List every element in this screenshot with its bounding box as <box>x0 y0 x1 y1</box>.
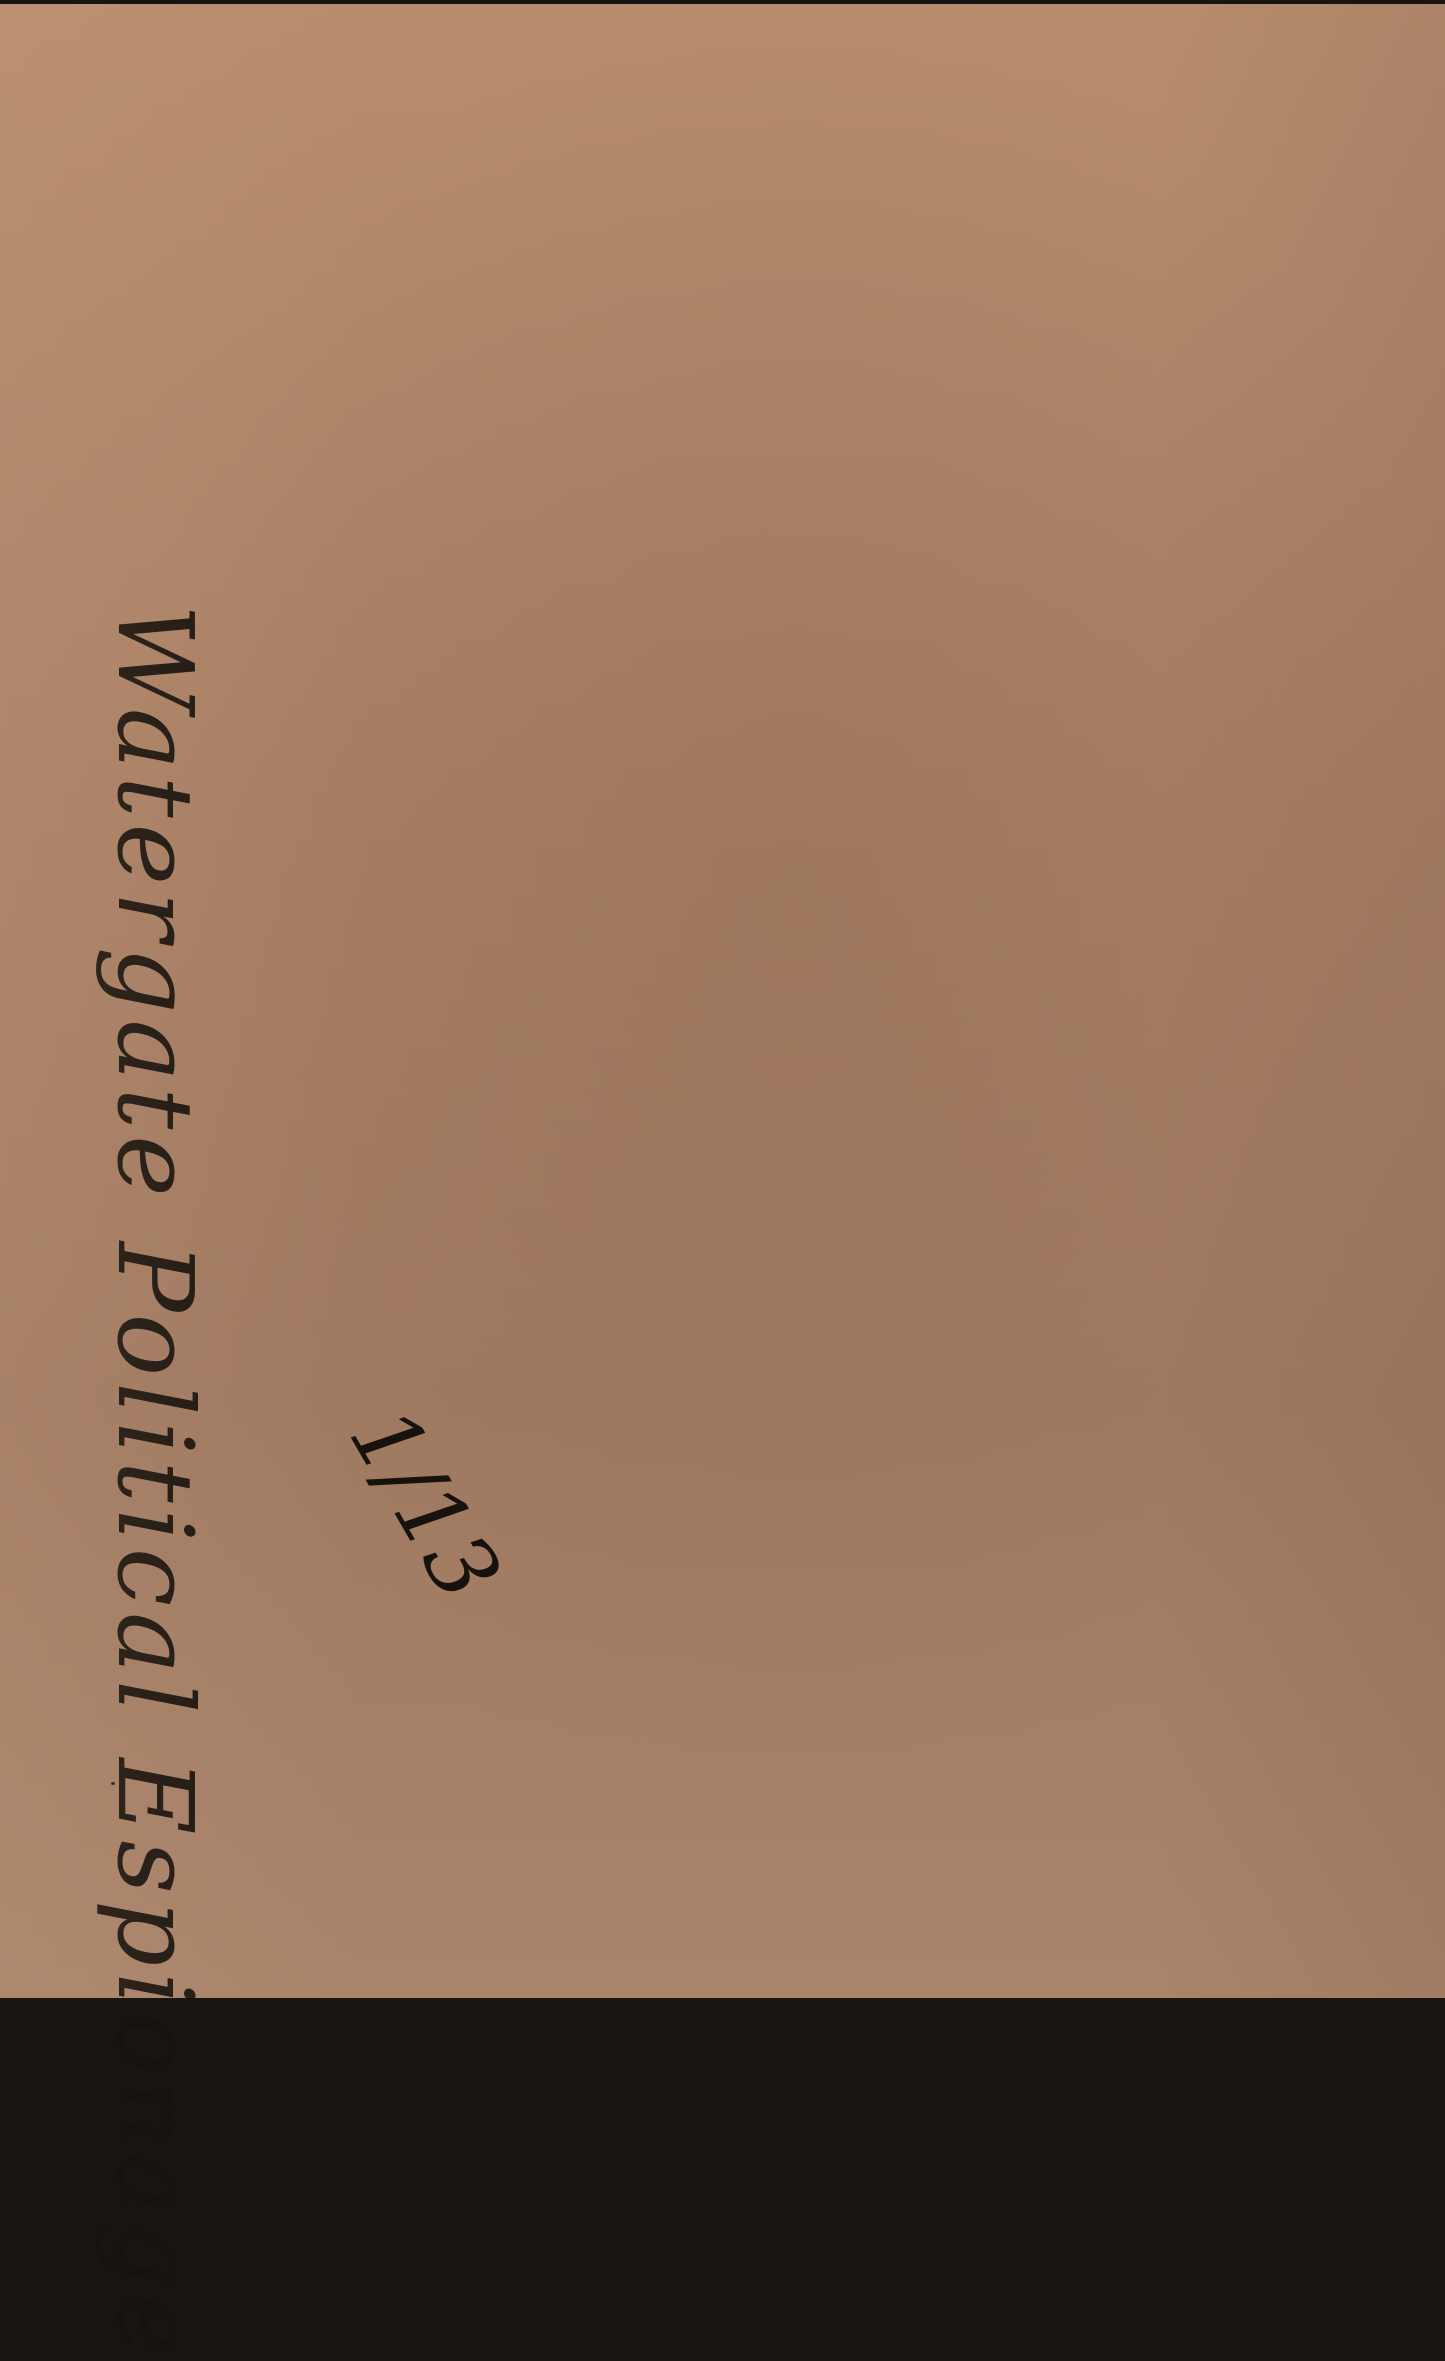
paper-speck <box>111 1782 115 1785</box>
folder-cover: Watergate Political Espionage 1/13 <box>0 4 1445 1998</box>
handwritten-annotation: 1/13 <box>288 1367 561 1640</box>
handwritten-folder-label: Watergate Political Espionage <box>110 604 200 1998</box>
